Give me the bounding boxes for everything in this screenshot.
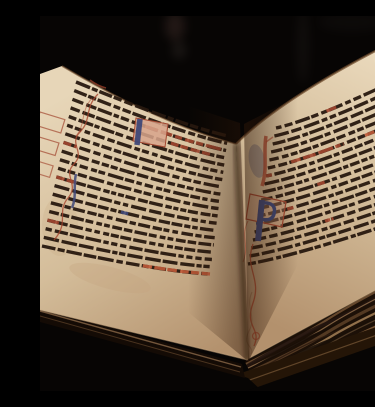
rubric-line	[317, 182, 324, 184]
glass-reflection	[172, 41, 186, 59]
left-initial-stem	[137, 119, 140, 145]
manuscript-photo	[40, 16, 375, 391]
blue-paraph-mark	[121, 212, 128, 214]
manuscript-scene	[40, 16, 375, 391]
